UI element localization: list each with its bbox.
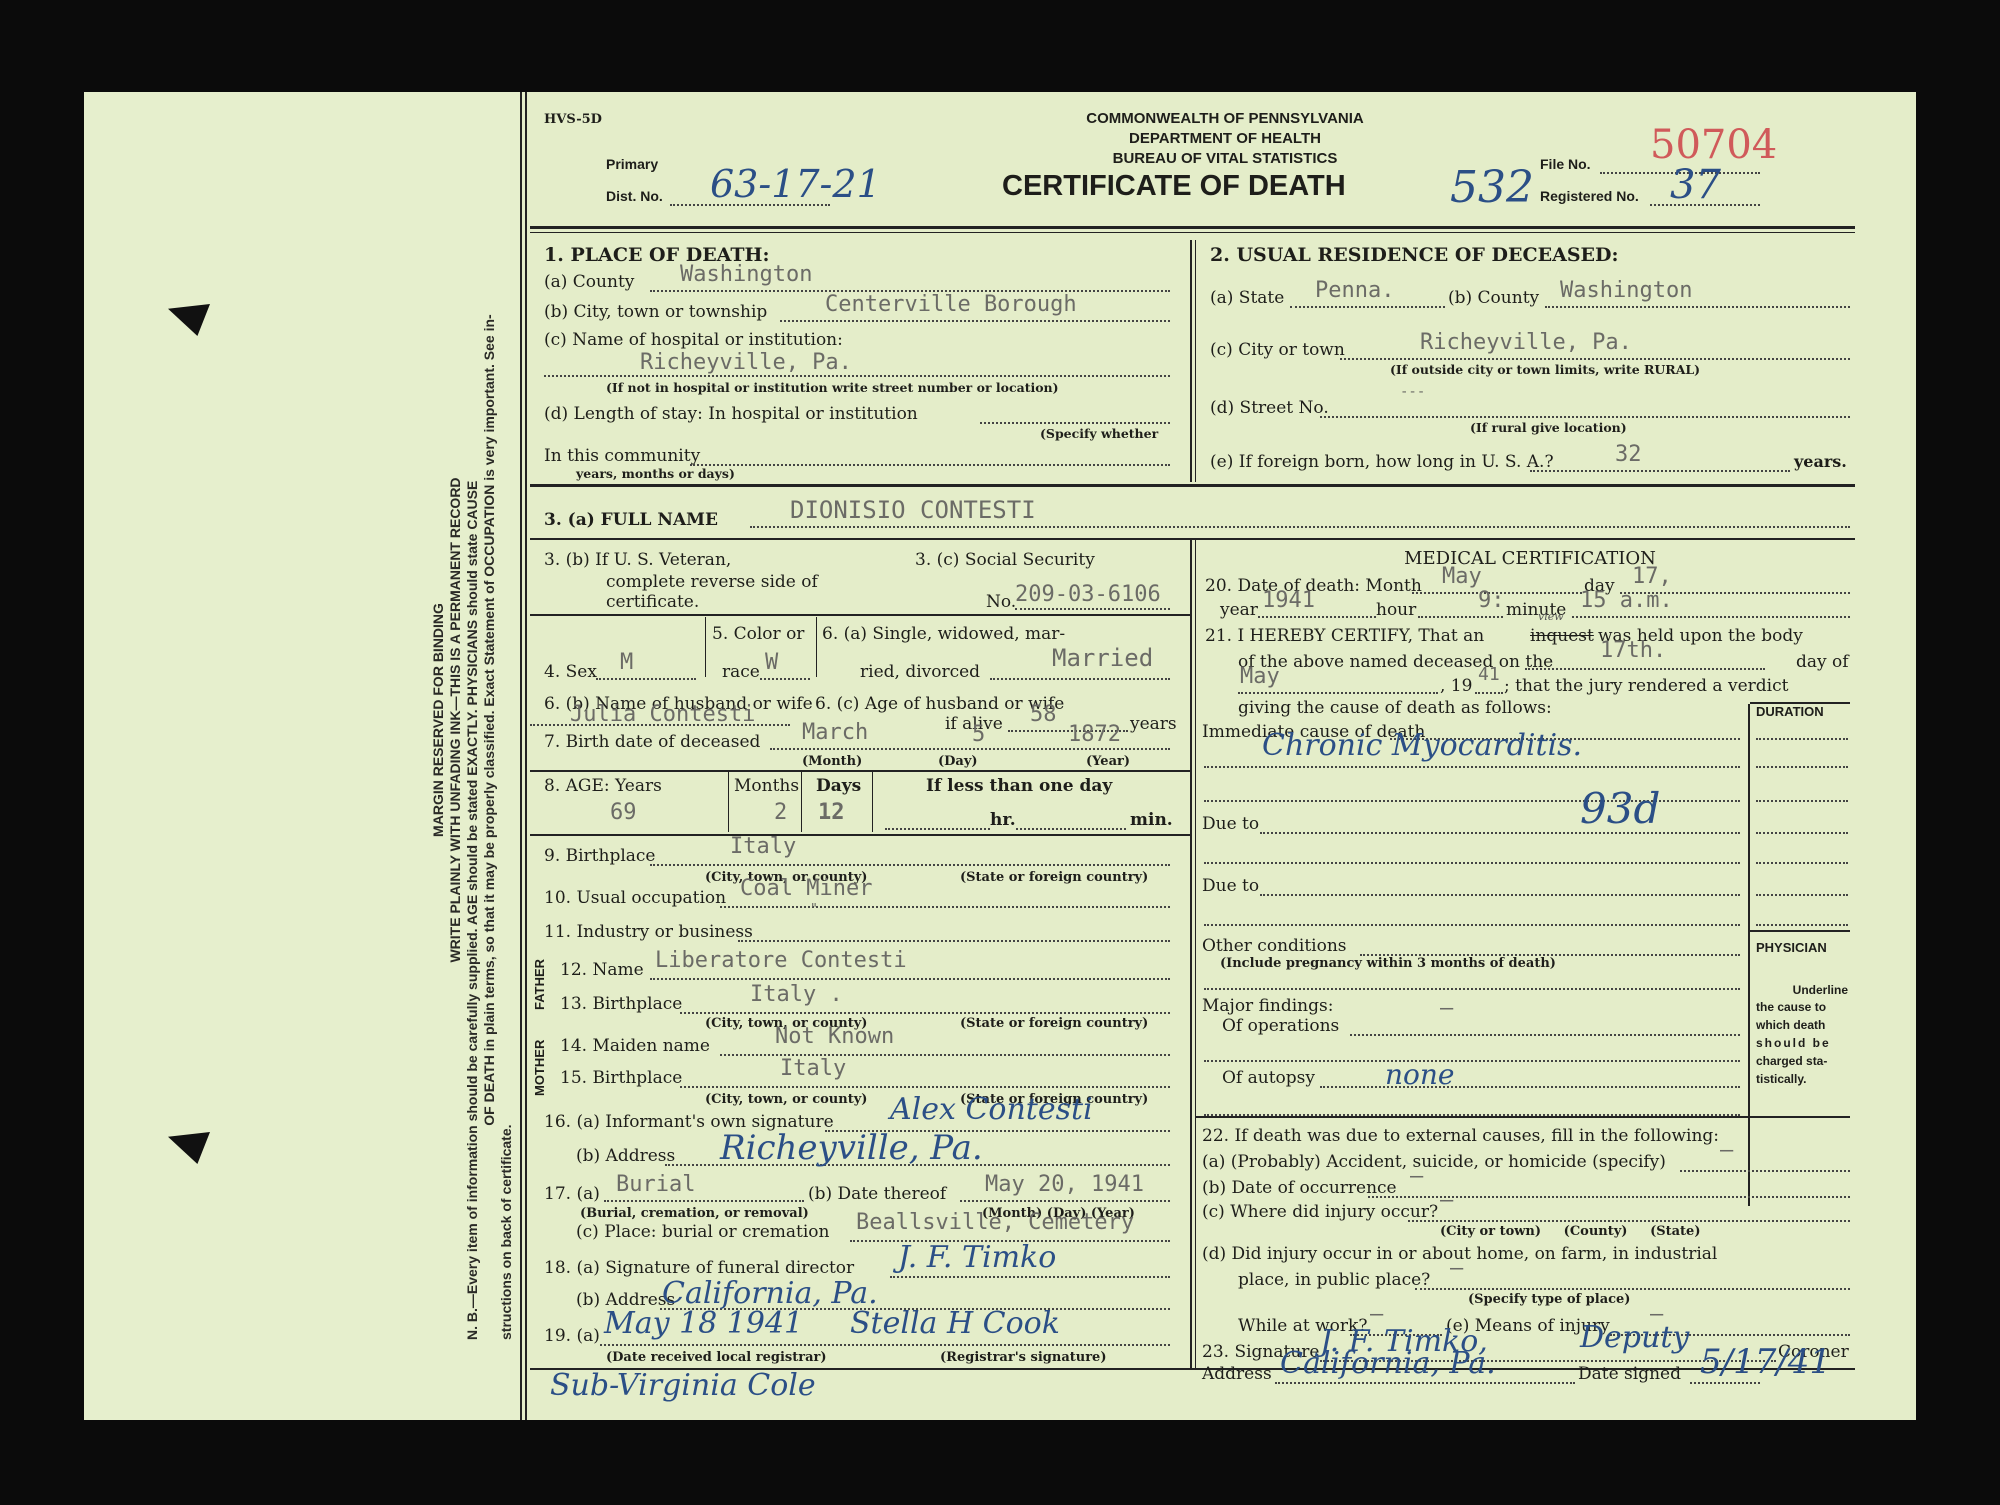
foreign-label: (e) If foreign born, how long in U. S. A… (1210, 452, 1554, 472)
birth-year-value: 1872 (1068, 722, 1121, 747)
color-label: 5. Color or (712, 624, 804, 644)
duration-label: DURATION (1756, 704, 1824, 719)
margin-line: N. B.—Every item of information should b… (464, 481, 480, 1340)
informant-signature: Alex Contesti (890, 1092, 1093, 1127)
margin-instructions: MARGIN RESERVED FOR BINDING WRITE PLAINL… (430, 100, 515, 1340)
veteran-label: complete reverse side of (606, 572, 818, 592)
burial-type-label: 17. (a) (544, 1184, 600, 1204)
form-code: HVS-5D (544, 112, 602, 127)
stay-label: (d) Length of stay: In hospital or insti… (544, 404, 918, 424)
industry-ditto: " (810, 902, 818, 917)
accident-type-label: (a) (Probably) Accident, suicide, or hom… (1202, 1152, 1666, 1172)
years-unit: years (1130, 714, 1177, 734)
age-months-value: 2 (774, 800, 787, 825)
margin-line: MARGIN RESERVED FOR BINDING (430, 100, 447, 1340)
hour-label: hour (1376, 600, 1416, 620)
birthplace-value: Italy (730, 834, 796, 859)
spouse-age-label: 6. (c) Age of husband or wife (815, 694, 1064, 714)
file-label: File No. (1540, 156, 1591, 172)
coroner-address-label: Address (1202, 1364, 1272, 1384)
disposition-value: Burial (616, 1172, 695, 1197)
less-than-day-label: If less than one day (926, 776, 1112, 796)
other-conditions-note: (Include pregnancy within 3 months of de… (1220, 956, 1556, 971)
social-security-value: 209-03-6106 (1015, 582, 1161, 607)
registered-label: Registered No. (1540, 188, 1639, 204)
org-line-2: DEPARTMENT OF HEALTH (1025, 130, 1425, 147)
autopsy-value: none (1385, 1058, 1455, 1091)
place-county-value: Washington (680, 262, 812, 287)
marital-label: 6. (a) Single, widowed, mar- (822, 624, 1065, 644)
org-line-1: COMMONWEALTH OF PENNSYLVANIA (1025, 110, 1425, 127)
father-birthplace-label: 13. Birthplace (560, 994, 682, 1014)
days-label: Days (816, 776, 861, 796)
death-day-value: 17, (1632, 564, 1672, 589)
date-signed-label: Date signed (1578, 1364, 1681, 1384)
physician-label: PHYSICIAN (1756, 940, 1827, 955)
margin-line: structions on back of certificate. (498, 1125, 514, 1341)
birth-day-value: 5 (972, 722, 985, 747)
physician-note: tistically. (1756, 1072, 1806, 1086)
operations-label: Of operations (1222, 1016, 1339, 1036)
race-label: race (722, 662, 760, 682)
age-label: 8. AGE: Years (544, 776, 662, 796)
physician-note: should be (1756, 1036, 1831, 1050)
state-country-note: (State or foreign country) (960, 1016, 1148, 1031)
community-label: In this community (544, 446, 700, 466)
years-label: years. (1794, 452, 1847, 471)
injury-location-label: (c) Where did injury occur? (1202, 1202, 1438, 1222)
informant-address: Richeyville, Pa. (720, 1128, 983, 1168)
margin-line: OF DEATH in plain terms, so that it may … (481, 100, 498, 1340)
death-month-value: May (1442, 564, 1482, 589)
certify-text: of the above named deceased on the (1238, 652, 1553, 672)
certify-month-value: May (1240, 664, 1280, 689)
ss-no-label: No. (986, 592, 1016, 612)
full-name-label: 3. (a) FULL NAME (544, 510, 718, 530)
residence-state-value: Penna. (1315, 278, 1394, 303)
res-city-label: (c) City or town (1210, 340, 1345, 360)
certify-text: ; that the jury rendered a verdict (1504, 676, 1788, 696)
primary-label: Primary (606, 156, 658, 172)
marital-label: ried, divorced (860, 662, 980, 682)
date-received-value: May 18 1941 (604, 1306, 803, 1341)
certificate-title: CERTIFICATE OF DEATH (1002, 170, 1346, 203)
res-county-label: (b) County (1448, 288, 1539, 308)
birth-month-value: March (802, 720, 868, 745)
death-hour-value: 9: (1478, 588, 1505, 613)
race-value: W (765, 650, 778, 675)
birthplace-label: 9. Birthplace (544, 846, 656, 866)
classification-code: 93d (1580, 784, 1660, 833)
certify-year-value: 41 (1478, 664, 1500, 685)
operations-value: — (1440, 996, 1453, 1021)
death-certificate-form: HVS-5D Primary Dist. No. 63-17-21 COMMON… (520, 92, 1916, 1420)
hr-label: hr. (990, 810, 1016, 830)
father-birthplace-value: Italy . (750, 982, 843, 1007)
sex-label: 4. Sex (544, 662, 597, 682)
death-minute-value: 15 a.m. (1580, 588, 1673, 613)
mother-birthplace-label: 15. Birthplace (560, 1068, 682, 1088)
registrar-signature: Stella H Cook (850, 1306, 1060, 1341)
margin-line: WRITE PLAINLY WITH UNFADING INK—THIS IS … (447, 100, 464, 1340)
date-signed-value: 5/17/41 (1700, 1342, 1831, 1382)
death-year-label: year (1220, 600, 1258, 620)
birth-date-label: 7. Birth date of deceased (544, 732, 760, 752)
medical-certification-heading: MEDICAL CERTIFICATION (1210, 548, 1850, 569)
marital-status-value: Married (1052, 644, 1153, 672)
state-label: (a) State (1210, 288, 1284, 308)
county-label: (a) County (544, 272, 634, 292)
father-side-label: FATHER (532, 959, 547, 1010)
months-label: Months (734, 776, 799, 796)
registrar-label: 19. (a) (544, 1326, 600, 1346)
occupation-value: Coal Miner (740, 876, 872, 901)
occurrence-date-label: (b) Date of occurrence (1202, 1178, 1397, 1198)
physician-note: the cause to (1756, 1000, 1826, 1014)
burial-place-value: Beallsville, Cemetery (856, 1210, 1134, 1235)
spouse-age-value: 58 (1030, 702, 1057, 727)
certify-year-prefix: , 19 (1440, 676, 1472, 696)
city-note: (If outside city or town limits, write R… (1390, 362, 1700, 377)
burial-place-label: (c) Place: burial or cremation (576, 1222, 829, 1242)
city-town-note: (City, town, or county) (705, 1092, 867, 1107)
dist-label: Dist. No. (606, 188, 663, 204)
state-country-note: (State or foreign country) (960, 870, 1148, 885)
injury-place-value: — (1450, 1256, 1463, 1281)
mother-side-label: MOTHER (532, 1040, 547, 1096)
full-name-value: DIONISIO CONTESTI (790, 496, 1036, 524)
date-received-note: (Date received local registrar) (606, 1350, 827, 1365)
industry-label: 11. Industry or business (544, 922, 753, 942)
physician-note: which death (1756, 1018, 1825, 1032)
min-label: min. (1130, 810, 1173, 830)
injury-location-note: (City or town) (County) (State) (1440, 1224, 1700, 1239)
place-city-value: Centerville Borough (825, 292, 1077, 317)
city-label: (b) City, town or township (544, 302, 767, 322)
ss-label: 3. (c) Social Security (915, 550, 1095, 570)
sex-value: M (620, 650, 633, 675)
hospital-value: Richeyville, Pa. (640, 350, 852, 375)
coroner-title: Deputy (1580, 1320, 1689, 1355)
due-to-label: Due to (1202, 876, 1259, 896)
inserted-word: view (1538, 610, 1564, 623)
autopsy-label: Of autopsy (1222, 1068, 1315, 1088)
month-note: (Month) (802, 754, 862, 769)
residence-city-value: Richeyville, Pa. (1420, 330, 1632, 355)
major-findings-label: Major findings: (1202, 996, 1333, 1016)
hospital-note: (If not in hospital or institution write… (606, 380, 1059, 395)
age-days-value: 12 (818, 800, 845, 825)
physician-note: Underline (1756, 982, 1848, 998)
burial-date-label: (b) Date thereof (808, 1184, 946, 1204)
father-name-value: Liberatore Contesti (655, 948, 907, 973)
mother-name-label: 14. Maiden name (560, 1036, 710, 1056)
day-of-label: day of (1796, 652, 1849, 672)
spouse-name-value: Julia Contesti (570, 702, 755, 727)
other-conditions-label: Other conditions (1202, 936, 1347, 956)
year-note: (Year) (1086, 754, 1130, 769)
hospital-label: (c) Name of hospital or institution: (544, 330, 843, 350)
burial-type-note: (Burial, cremation, or removal) (580, 1206, 809, 1221)
occupation-label: 10. Usual occupation (544, 888, 726, 908)
registrar-signature-note: (Registrar's signature) (940, 1350, 1106, 1365)
injury-location-value: — (1440, 1188, 1453, 1213)
burial-date-value: May 20, 1941 (985, 1172, 1144, 1197)
street-note: (If rural give location) (1470, 420, 1627, 435)
certify-text: giving the cause of death as follows: (1238, 698, 1552, 718)
residence-street-value: --- (1400, 384, 1425, 400)
veteran-label: 3. (b) If U. S. Veteran, (544, 550, 731, 570)
org-line-3: BUREAU OF VITAL STATISTICS (1025, 150, 1425, 167)
certify-text: 21. I HEREBY CERTIFY, That an (1205, 626, 1484, 646)
injury-place-label: place, in public place? (1238, 1270, 1430, 1290)
certify-day-value: 17th. (1600, 638, 1666, 663)
coroner-address: California, Pa. (1280, 1346, 1496, 1381)
father-name-label: 12. Name (560, 960, 644, 980)
external-causes-heading: 22. If death was due to external causes,… (1202, 1126, 1719, 1146)
age-years-value: 69 (610, 800, 637, 825)
veteran-label: certificate. (606, 592, 699, 612)
mother-birthplace-value: Italy (780, 1056, 846, 1081)
immediate-cause-value: Chronic Myocarditis. (1262, 728, 1582, 763)
occurrence-date-value: — (1410, 1164, 1423, 1189)
mother-maiden-name-value: Not Known (775, 1024, 894, 1049)
accident-type-value: — (1720, 1138, 1733, 1163)
residence-heading: 2. USUAL RESIDENCE OF DECEASED: (1210, 244, 1619, 266)
registered-number: 37 (1670, 162, 1721, 208)
day-note: (Day) (938, 754, 978, 769)
binding-hole (168, 304, 210, 336)
community-note: years, months or days) (576, 466, 735, 481)
dist-number: 63-17-21 (710, 162, 881, 206)
informant-address-label: (b) Address (576, 1146, 675, 1166)
struck-word: inquest (1530, 626, 1594, 646)
specify-note: (Specify whether (1040, 426, 1158, 441)
death-year-value: 1941 (1262, 588, 1315, 613)
sub-registrar-signature: Sub-Virginia Cole (550, 1368, 816, 1403)
years-in-usa-value: 32 (1615, 442, 1642, 467)
street-label: (d) Street No. (1210, 398, 1329, 418)
due-to-label: Due to (1202, 814, 1259, 834)
physician-note: charged sta- (1756, 1054, 1827, 1068)
binding-hole (168, 1132, 210, 1164)
funeral-director-signature: J. F. Timko (898, 1240, 1056, 1275)
injury-place-note: (Specify type of place) (1468, 1292, 1630, 1307)
funeral-director-label: 18. (a) Signature of funeral director (544, 1258, 854, 1278)
residence-county-value: Washington (1560, 278, 1692, 303)
handwritten-check-number: 532 (1450, 162, 1534, 213)
